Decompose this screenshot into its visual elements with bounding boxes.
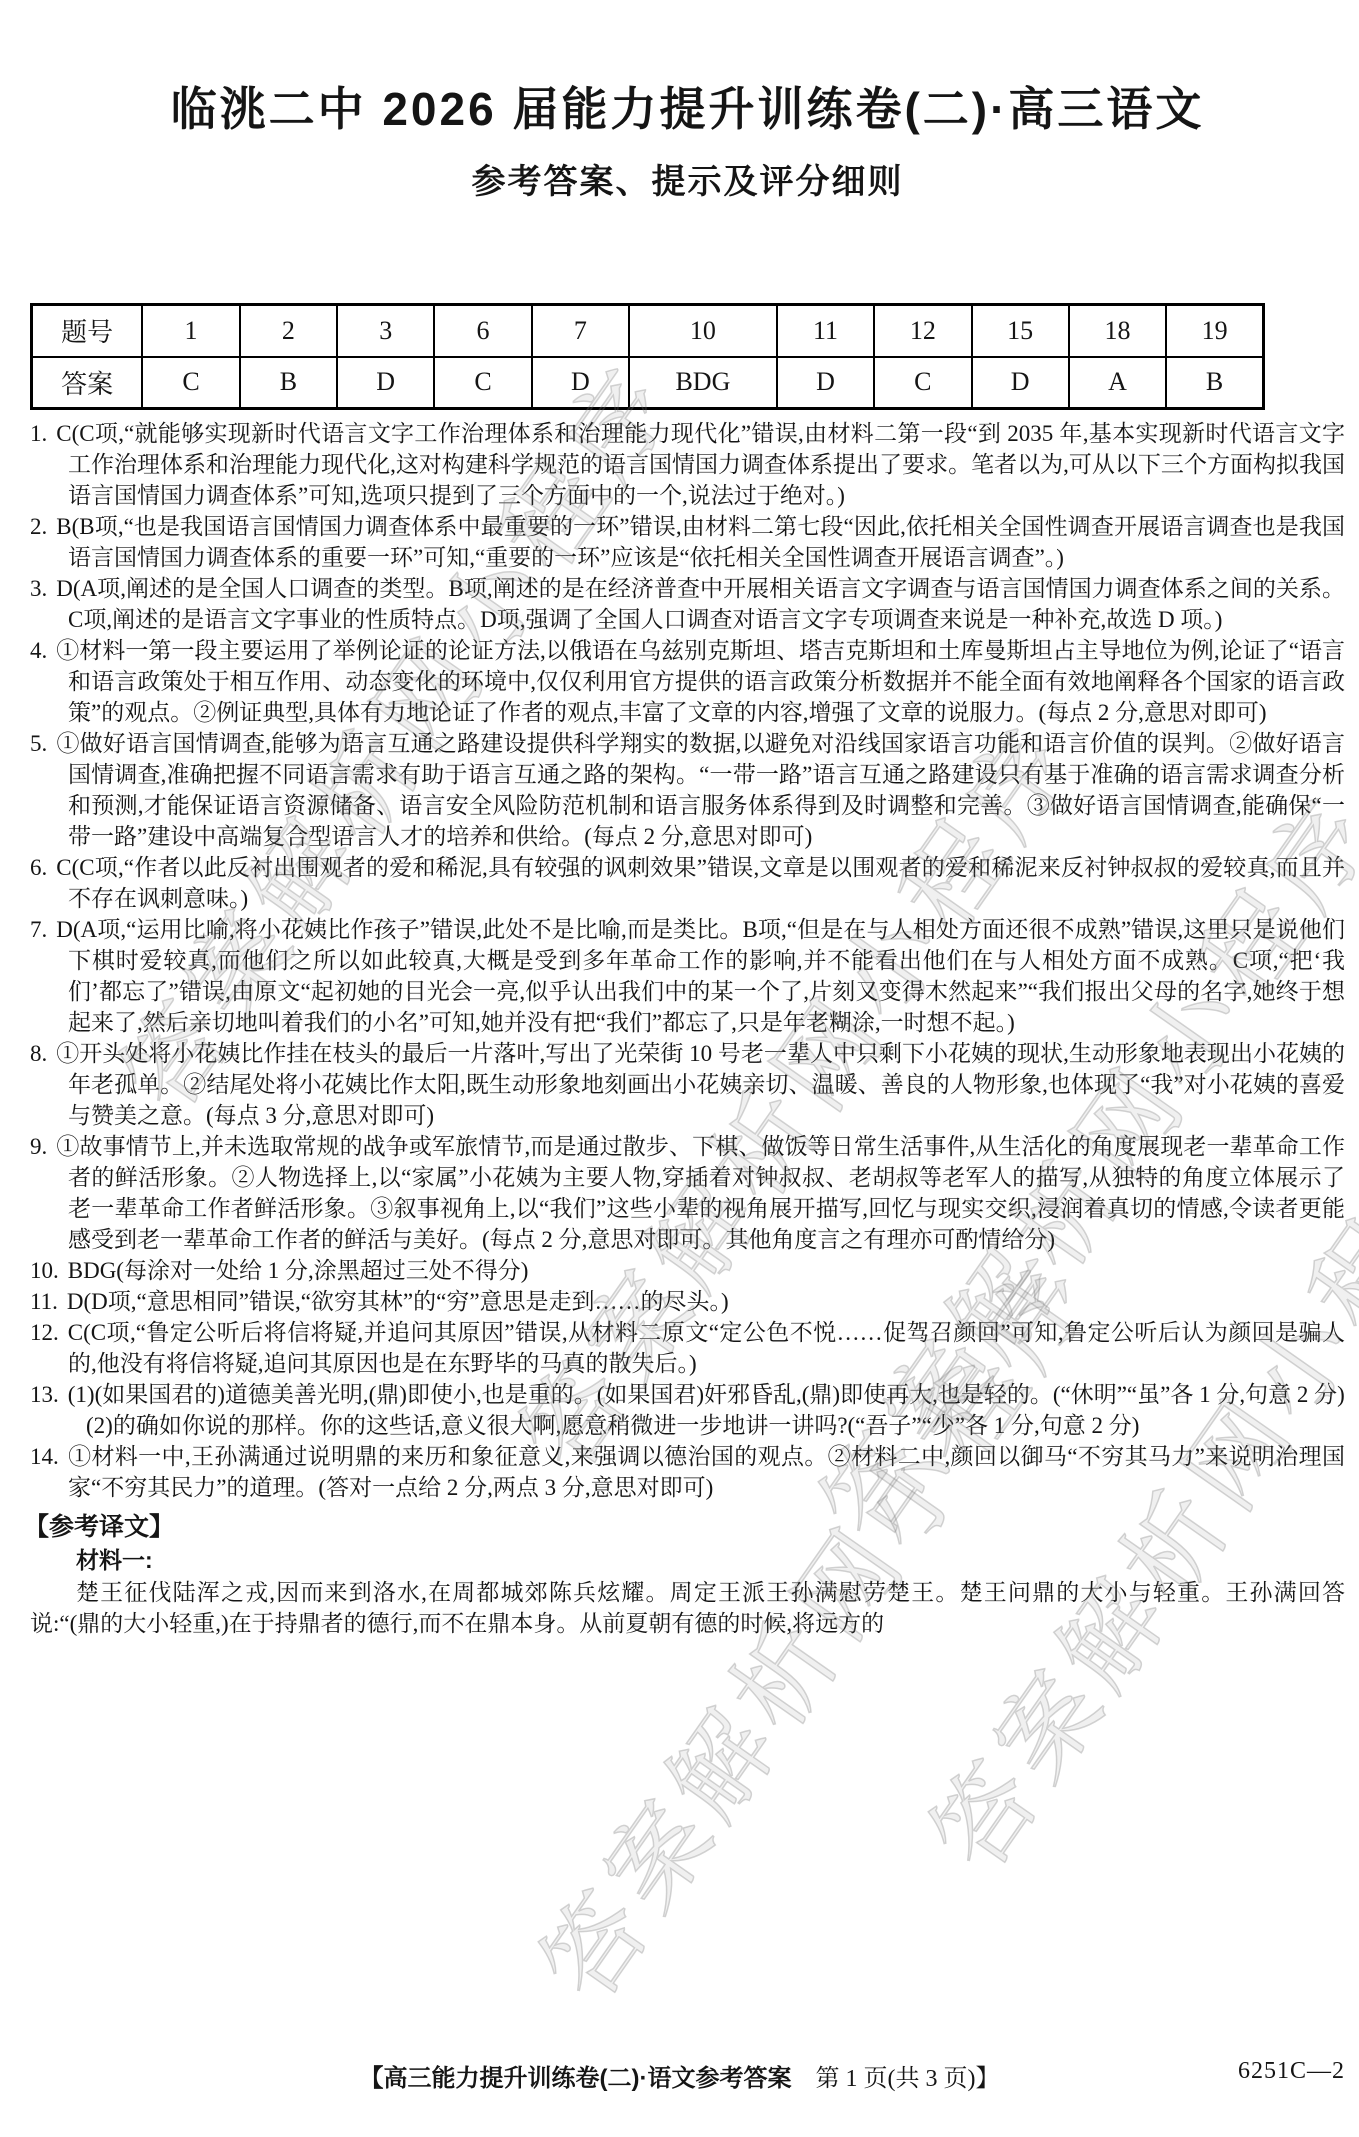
item-number: 5. bbox=[30, 731, 56, 756]
answer-table: 题号12367101112151819答案CBDCDBDGDCDAB bbox=[30, 303, 1265, 410]
page-subtitle: 参考答案、提示及评分细则 bbox=[30, 161, 1345, 203]
answer-row: 答案CBDCDBDGDCDAB bbox=[32, 357, 1264, 409]
answer-item-8: 8.①开头处将小花姨比作挂在枝头的最后一片落叶,写出了光荣街 10 号老一辈人中… bbox=[68, 1038, 1345, 1131]
item-number: 8. bbox=[30, 1041, 56, 1066]
question-number-row: 题号12367101112151819 bbox=[32, 305, 1264, 357]
answer-cell: D bbox=[532, 357, 629, 409]
answer-item-12: 12.C(C项,“鲁定公听后将信将疑,并追问其原因”错误,从材料二原文“定公色不… bbox=[68, 1317, 1345, 1379]
item-sub-paragraph: (2)的确如你说的那样。你的这些话,意义很大啊,愿意稍微进一步地讲一讲吗?(“吾… bbox=[86, 1410, 1345, 1441]
item-number: 12. bbox=[30, 1320, 68, 1345]
answer-item-13: 13.(1)(如果国君的)道德美善光明,(鼎)即使小,也是重的。(如果国君)奸邪… bbox=[86, 1379, 1345, 1441]
page-footer: 【高三能力提升训练卷(二)·语文参考答案 第 1 页(共 3 页)】 6251C… bbox=[0, 2058, 1359, 2098]
answer-label: 答案 bbox=[32, 357, 143, 409]
paper-code: 6251C—2 bbox=[1238, 2058, 1345, 2085]
footer-page-number: 第 1 页(共 3 页)】 bbox=[792, 2066, 1000, 2092]
question-number-cell: 19 bbox=[1166, 305, 1263, 357]
answer-cell: C bbox=[142, 357, 239, 409]
item-text: ①材料一中,王孙满通过说明鼎的来历和象征意义,来强调以德治国的观点。②材料二中,… bbox=[68, 1444, 1345, 1500]
answer-cell: C bbox=[434, 357, 531, 409]
question-number-label: 题号 bbox=[32, 305, 143, 357]
item-text: D(A项,“运用比喻,将小花姨比作孩子”错误,此处不是比喻,而是类比。B项,“但… bbox=[56, 917, 1345, 1035]
answer-explanations: 1.C(C项,“就能够实现新时代语言文字工作治理体系和治理能力现代化”错误,由材… bbox=[30, 418, 1345, 1503]
question-number-cell: 3 bbox=[337, 305, 434, 357]
item-number: 11. bbox=[30, 1289, 67, 1314]
item-number: 9. bbox=[30, 1134, 56, 1159]
footer-title: 【高三能力提升训练卷(二)·语文参考答案 bbox=[360, 2065, 792, 2092]
item-text: (1)(如果国君的)道德美善光明,(鼎)即使小,也是重的。(如果国君)奸邪昏乱,… bbox=[68, 1382, 1345, 1407]
question-number-cell: 2 bbox=[240, 305, 337, 357]
translation-header: 【参考译文】 bbox=[24, 1511, 1345, 1544]
item-text: D(D项,“意思相同”错误,“欲穷其林”的“穷”意思是走到……的尽头。) bbox=[67, 1289, 729, 1314]
reference-translation: 【参考译文】 材料一: 楚王征伐陆浑之戎,因而来到洛水,在周都城郊陈兵炫耀。周定… bbox=[30, 1511, 1345, 1639]
answer-item-11: 11.D(D项,“意思相同”错误,“欲穷其林”的“穷”意思是走到……的尽头。) bbox=[68, 1286, 1345, 1317]
answer-item-2: 2.B(B项,“也是我国语言国情国力调查体系中最重要的一环”错误,由材料二第七段… bbox=[68, 511, 1345, 573]
question-number-cell: 18 bbox=[1069, 305, 1166, 357]
answer-cell: B bbox=[240, 357, 337, 409]
item-text: D(A项,阐述的是全国人口调查的类型。B项,阐述的是在经济普查中开展相关语言文字… bbox=[56, 576, 1345, 632]
item-text: C(C项,“作者以此反衬出围观者的爱和稀泥,具有较强的讽刺效果”错误,文章是以围… bbox=[56, 855, 1345, 911]
item-text: ①材料一第一段主要运用了举例论证的论证方法,以俄语在乌兹别克斯坦、塔吉克斯坦和土… bbox=[56, 638, 1345, 725]
answer-item-5: 5.①做好语言国情调查,能够为语言互通之路建设提供科学翔实的数据,以避免对沿线国… bbox=[68, 728, 1345, 852]
question-number-cell: 12 bbox=[874, 305, 971, 357]
answer-item-4: 4.①材料一第一段主要运用了举例论证的论证方法,以俄语在乌兹别克斯坦、塔吉克斯坦… bbox=[68, 635, 1345, 728]
item-number: 14. bbox=[30, 1444, 68, 1469]
answer-cell: C bbox=[874, 357, 971, 409]
item-number: 13. bbox=[30, 1382, 68, 1407]
answer-item-10: 10.BDG(每涂对一处给 1 分,涂黑超过三处不得分) bbox=[68, 1255, 1345, 1286]
item-text: C(C项,“就能够实现新时代语言文字工作治理体系和治理能力现代化”错误,由材料二… bbox=[56, 421, 1345, 508]
item-text: ①做好语言国情调查,能够为语言互通之路建设提供科学翔实的数据,以避免对沿线国家语… bbox=[56, 731, 1345, 849]
answer-item-14: 14.①材料一中,王孙满通过说明鼎的来历和象征意义,来强调以德治国的观点。②材料… bbox=[68, 1441, 1345, 1503]
item-text: C(C项,“鲁定公听后将信将疑,并追问其原因”错误,从材料二原文“定公色不悦……… bbox=[68, 1320, 1345, 1376]
answer-cell: D bbox=[972, 357, 1069, 409]
item-number: 3. bbox=[30, 576, 56, 601]
answer-cell: D bbox=[337, 357, 434, 409]
footer-caption: 【高三能力提升训练卷(二)·语文参考答案 第 1 页(共 3 页)】 bbox=[0, 2058, 1359, 2093]
answer-cell: BDG bbox=[629, 357, 777, 409]
item-text: B(B项,“也是我国语言国情国力调查体系中最重要的一环”错误,由材料二第七段“因… bbox=[56, 514, 1345, 570]
answer-item-9: 9.①故事情节上,并未选取常规的战争或军旅情节,而是通过散步、下棋、做饭等日常生… bbox=[68, 1131, 1345, 1255]
page-title: 临洮二中 2026 届能力提升训练卷(二)·高三语文 bbox=[30, 82, 1345, 137]
item-text: ①故事情节上,并未选取常规的战争或军旅情节,而是通过散步、下棋、做饭等日常生活事… bbox=[56, 1134, 1345, 1252]
item-number: 6. bbox=[30, 855, 56, 880]
material-one-label: 材料一: bbox=[76, 1544, 1345, 1577]
translation-paragraph: 楚王征伐陆浑之戎,因而来到洛水,在周都城郊陈兵炫耀。周定王派王孙满慰劳楚王。楚王… bbox=[30, 1577, 1345, 1639]
question-number-cell: 11 bbox=[777, 305, 874, 357]
item-text: BDG(每涂对一处给 1 分,涂黑超过三处不得分) bbox=[68, 1258, 529, 1283]
question-number-cell: 1 bbox=[142, 305, 239, 357]
item-text: ①开头处将小花姨比作挂在枝头的最后一片落叶,写出了光荣街 10 号老一辈人中只剩… bbox=[56, 1041, 1345, 1128]
document-page: 答案解析网小程序 答案解析网小程序 答案解析网小程序 答案解析网小程序 答案解析… bbox=[0, 0, 1359, 2137]
item-number: 1. bbox=[30, 421, 56, 446]
item-number: 4. bbox=[30, 638, 56, 663]
item-number: 7. bbox=[30, 917, 56, 942]
question-number-cell: 7 bbox=[532, 305, 629, 357]
answer-item-1: 1.C(C项,“就能够实现新时代语言文字工作治理体系和治理能力现代化”错误,由材… bbox=[68, 418, 1345, 511]
answer-cell: D bbox=[777, 357, 874, 409]
item-number: 2. bbox=[30, 514, 56, 539]
answer-item-3: 3.D(A项,阐述的是全国人口调查的类型。B项,阐述的是在经济普查中开展相关语言… bbox=[68, 573, 1345, 635]
answer-cell: B bbox=[1166, 357, 1263, 409]
answer-item-6: 6.C(C项,“作者以此反衬出围观者的爱和稀泥,具有较强的讽刺效果”错误,文章是… bbox=[68, 852, 1345, 914]
question-number-cell: 6 bbox=[434, 305, 531, 357]
answer-cell: A bbox=[1069, 357, 1166, 409]
item-number: 10. bbox=[30, 1258, 68, 1283]
question-number-cell: 15 bbox=[972, 305, 1069, 357]
page-content: 临洮二中 2026 届能力提升训练卷(二)·高三语文 参考答案、提示及评分细则 … bbox=[0, 82, 1359, 1639]
answer-item-7: 7.D(A项,“运用比喻,将小花姨比作孩子”错误,此处不是比喻,而是类比。B项,… bbox=[68, 914, 1345, 1038]
question-number-cell: 10 bbox=[629, 305, 777, 357]
